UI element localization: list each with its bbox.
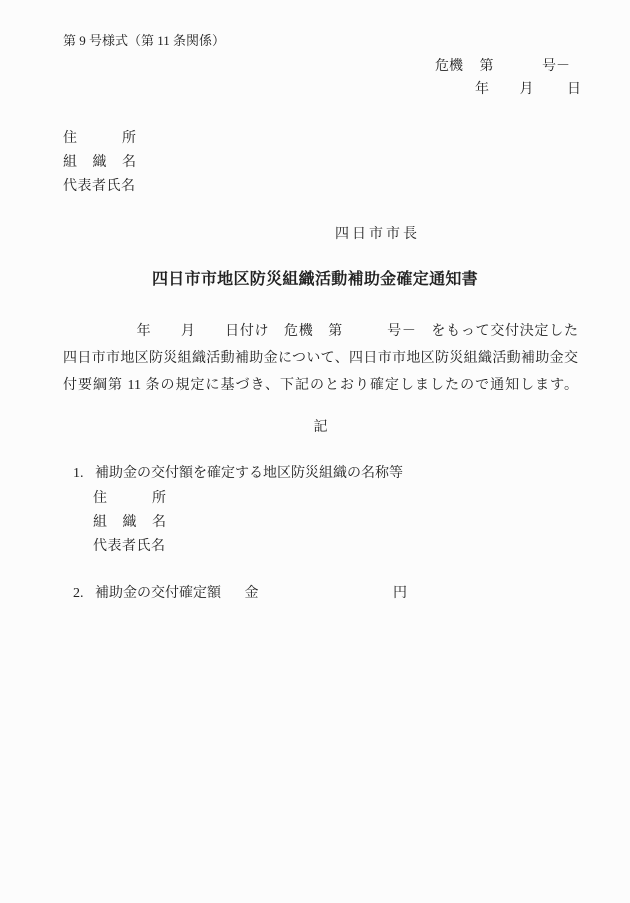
body-line-1: 年 月 日付け 危機 第 号－ をもって交付決定した: [63, 318, 578, 345]
item-2-label: 補助金の交付確定額: [95, 586, 221, 601]
date-line: 年 月 日: [475, 82, 581, 97]
organization-label: 組 織 名: [63, 155, 136, 170]
organization-char: 名: [152, 515, 166, 530]
form-number: 第 9 号様式（第 11 条関係）: [63, 34, 225, 48]
organization-label: 組 織 名: [93, 515, 166, 530]
date-day-label: 日: [567, 82, 581, 97]
item-1-line: 1. 補助金の交付額を確定する地区防災組織の名称等: [73, 466, 403, 481]
reference-no-prefix: 第: [480, 59, 494, 74]
address-label: 住 所: [93, 491, 166, 506]
address-char: 所: [122, 131, 136, 146]
organization-char: 組: [93, 515, 107, 530]
recipient-representative-label: 代表者氏名: [63, 179, 136, 194]
body-line-2: 四日市市地区防災組織活動補助金について、四日市市地区防災組織活動補助金交: [63, 345, 578, 372]
organization-char: 組: [63, 155, 77, 170]
date-year-label: 年: [475, 82, 489, 97]
item-2-line: 2. 補助金の交付確定額 金 円: [73, 586, 407, 601]
address-char: 所: [152, 491, 166, 506]
item-1-organization-label: 組 織 名: [93, 515, 166, 530]
item-2-number: 2.: [73, 586, 84, 601]
document-title: 四日市市地区防災組織活動補助金確定通知書: [0, 271, 630, 289]
body-line-3: 付要綱第 11 条の規定に基づき、下記のとおり確定しましたので通知します。: [63, 372, 578, 399]
address-label: 住 所: [63, 131, 136, 146]
item-1-representative-label: 代表者氏名: [93, 539, 166, 554]
record-mark: 記: [63, 420, 578, 435]
body-paragraph: 年 月 日付け 危機 第 号－ をもって交付決定した 四日市市地区防災組織活動補…: [63, 318, 578, 399]
organization-char: 名: [122, 155, 136, 170]
reference-number-line: 危機 第 号－: [435, 59, 570, 74]
addressee-mayor: 四日市市長: [335, 227, 420, 242]
document-page: 第 9 号様式（第 11 条関係） 危機 第 号－ 年 月 日 住 所 組 織 …: [0, 0, 630, 903]
organization-char: 織: [123, 515, 137, 530]
item-2-amount-prefix: 金: [245, 586, 259, 601]
item-2-amount-unit: 円: [393, 586, 407, 601]
recipient-organization-label: 組 織 名: [63, 155, 136, 170]
recipient-address-label: 住 所: [63, 131, 136, 146]
item-1-number: 1.: [73, 466, 84, 481]
date-month-label: 月: [520, 82, 534, 97]
address-char: 住: [63, 131, 77, 146]
organization-char: 織: [93, 155, 107, 170]
reference-no-suffix: 号－: [542, 59, 570, 74]
item-1-label: 補助金の交付額を確定する地区防災組織の名称等: [95, 466, 403, 481]
reference-org: 危機: [435, 59, 463, 74]
item-1-address-label: 住 所: [93, 491, 166, 506]
address-char: 住: [93, 491, 107, 506]
